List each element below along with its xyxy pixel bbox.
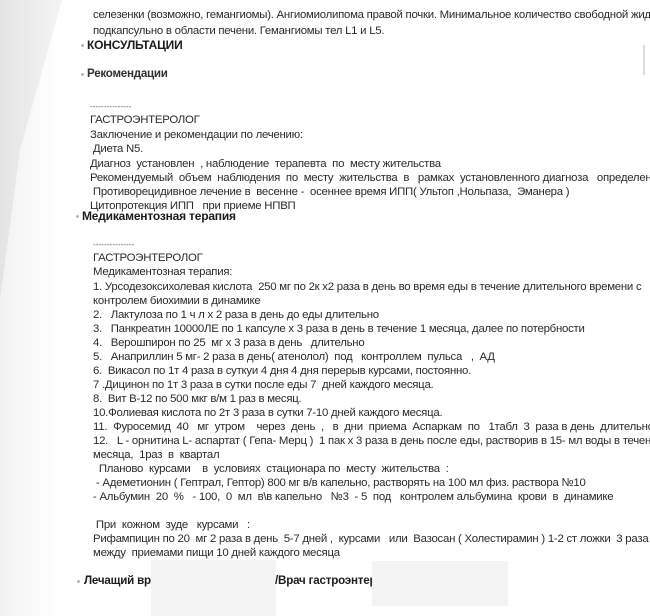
therapy-item: 6. Викасол по 1т 4 раза в суткуи 4 дня 4… bbox=[93, 364, 471, 378]
therapy-subtitle: Медикаментозная терапия: bbox=[93, 265, 232, 279]
bullet-icon bbox=[77, 580, 80, 583]
therapy-item: 2. Лактулоза по 1 ч л х 2 раза в день до… bbox=[93, 308, 379, 322]
therapy-item: 8. Вит В-12 по 500 мкг в/м 1 раз в месяц… bbox=[93, 392, 301, 406]
therapy-item: - Альбумин 20 % - 100, 0 мл в\в капельно… bbox=[93, 490, 613, 504]
intro-line: селезенки (возможно, гемангиомы). Ангиом… bbox=[93, 8, 650, 22]
therapy-item: 5. Анаприллин 5 мг- 2 раза в день( атено… bbox=[93, 350, 495, 364]
text-line: Диагноз установлен , наблюдение терапевт… bbox=[90, 157, 441, 171]
text-line: Рекомендуемый объем наблюдения по месту … bbox=[90, 171, 650, 185]
text-line: Заключение и рекомендации по лечению: bbox=[90, 128, 303, 142]
therapy-item: 1. Урсодезоксихолевая кислота 250 мг по … bbox=[93, 280, 641, 294]
therapy-item: 10.Фолиевая кислота по 2т 3 раза в сутки… bbox=[93, 406, 442, 420]
specialist-title: ГАСТРОЭНТЕРОЛОГ bbox=[93, 251, 203, 265]
specialist-title: ГАСТРОЭНТЕРОЛОГ bbox=[90, 113, 200, 127]
section-heading-drug-therapy: Медикаментозная терапия bbox=[82, 209, 236, 223]
therapy-item: 7 .Дицинон по 1т 3 раза в сутки после ед… bbox=[93, 378, 433, 392]
redacted-name bbox=[372, 561, 508, 606]
text-line: Диета N5. bbox=[90, 142, 143, 156]
redacted-signature bbox=[151, 560, 276, 616]
therapy-item: Планово курсами в условиях стационара по… bbox=[93, 462, 449, 476]
separator: --------------- bbox=[90, 102, 131, 112]
therapy-item: - Адеметионин ( Гептрал, Гептор) 800 мг … bbox=[93, 476, 586, 490]
bullet-icon bbox=[81, 73, 84, 76]
therapy-item: 11. Фуросемид 40 мг утром через день , в… bbox=[93, 420, 650, 434]
therapy-item: контролем биохимии в динамике bbox=[93, 294, 260, 308]
section-heading-recommendations: Рекомендации bbox=[87, 67, 168, 81]
itch-line: При кожном зуде курсами : bbox=[93, 518, 250, 532]
itch-line: Рифампицин по 20 мг 2 раза в день 5-7 дн… bbox=[93, 532, 650, 546]
bullet-icon bbox=[76, 215, 79, 218]
itch-line: между приемами пищи 10 дней каждого меся… bbox=[93, 546, 340, 560]
intro-line: подкапсульно в области печени. Гемангиом… bbox=[93, 24, 384, 38]
therapy-item: 12. L - орнитина L- аспартат ( Гепа- Мер… bbox=[93, 434, 650, 448]
document-page: селезенки (возможно, гемангиомы). Ангиом… bbox=[0, 0, 650, 616]
therapy-item: 4. Верошпирон по 25 мг х 3 раза в день д… bbox=[93, 336, 364, 350]
separator: --------------- bbox=[93, 240, 134, 250]
therapy-item: месяца, 1раз в квартал bbox=[93, 448, 219, 462]
section-heading-consultations: КОНСУЛЬТАЦИИ bbox=[87, 38, 183, 52]
therapy-item: 3. Панкреатин 10000ЛЕ по 1 капсуле х 3 р… bbox=[93, 322, 585, 336]
text-line: Противорецидивное лечение в весенне - ос… bbox=[90, 185, 569, 199]
bullet-icon bbox=[81, 44, 84, 47]
